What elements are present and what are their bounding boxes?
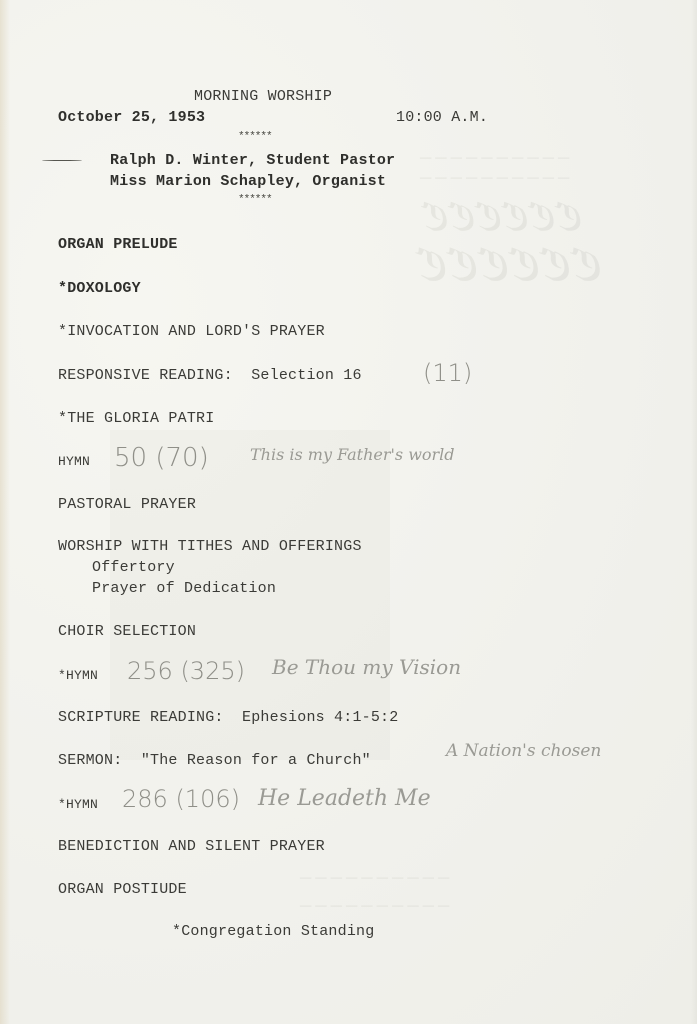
document-page: ─ ─ ─ ─ ─ ─ ─ ─ ─ ─ ─ ─ ─ ─ ─ ─ ─ ─ ─ ─ … [0,0,697,1024]
item-hymn-3: *HYMN [58,796,98,814]
item-tithes-offerings: WORSHIP WITH TITHES AND OFFERINGS [58,538,362,556]
annotation-reading-number: (11) [423,359,472,387]
annotation-sermon-note: A Nation's chosen [446,741,601,761]
annotation-hymn1-title: This is my Father's world [250,445,455,464]
item-invocation: *INVOCATION AND LORD'S PRAYER [58,323,325,341]
item-choir-selection: CHOIR SELECTION [58,623,196,641]
item-responsive-reading: RESPONSIVE READING: Selection 16 [58,367,362,385]
item-doxology: *DOXOLOGY [58,280,141,298]
show-through-text: ─ ─ ─ ─ ─ ─ ─ ─ ─ ─ [300,870,449,888]
item-scripture-reading: SCRIPTURE READING: Ephesions 4:1-5:2 [58,709,398,727]
staff-pastor: Ralph D. Winter, Student Pastor [110,152,395,170]
separator-stars: ****** [238,194,272,206]
item-benediction: BENEDICTION AND SILENT PRAYER [58,838,325,856]
item-hymn-2: *HYMN [58,667,98,685]
service-time: 10:00 A.M. [396,109,488,127]
annotation-hymn3-title: He Leadeth Me [258,786,431,811]
item-pastoral-prayer: PASTORAL PRAYER [58,496,196,514]
show-through-text: ℭℭℭℭℭℭ [420,240,606,291]
annotation-hymn2-title: Be Thou my Vision [272,655,461,679]
show-through-text: ─ ─ ─ ─ ─ ─ ─ ─ ─ ─ [420,170,569,188]
annotation-hymn1-numbers: 50 (70) [114,443,209,473]
item-organ-postlude: ORGAN POSTIUDE [58,881,187,899]
staff-organist: Miss Marion Schapley, Organist [110,173,386,191]
document-title: MORNING WORSHIP [194,88,332,106]
show-through-text: ─ ─ ─ ─ ─ ─ ─ ─ ─ ─ [300,898,449,916]
item-prayer-of-dedication: Prayer of Dedication [92,580,276,598]
show-through-text: ℭℭℭℭℭℭ [425,195,585,240]
annotation-hymn2-numbers: 256 (325) [127,657,245,685]
footnote-congregation-standing: *Congregation Standing [172,923,374,941]
page-edge [691,0,697,1024]
item-organ-prelude: ORGAN PRELUDE [58,236,178,254]
item-sermon: SERMON: "The Reason for a Church" [58,752,371,770]
annotation-hymn3-numbers: 286 (106) [122,785,240,813]
separator-stars: ****** [238,131,272,143]
show-through-text: ─ ─ ─ ─ ─ ─ ─ ─ ─ ─ [420,150,569,168]
service-date: October 25, 1953 [58,109,205,127]
item-hymn-1: HYMN [58,453,90,471]
margin-pen-mark [42,160,82,161]
item-gloria-patri: *THE GLORIA PATRI [58,410,214,428]
item-offertory: Offertory [92,559,175,577]
